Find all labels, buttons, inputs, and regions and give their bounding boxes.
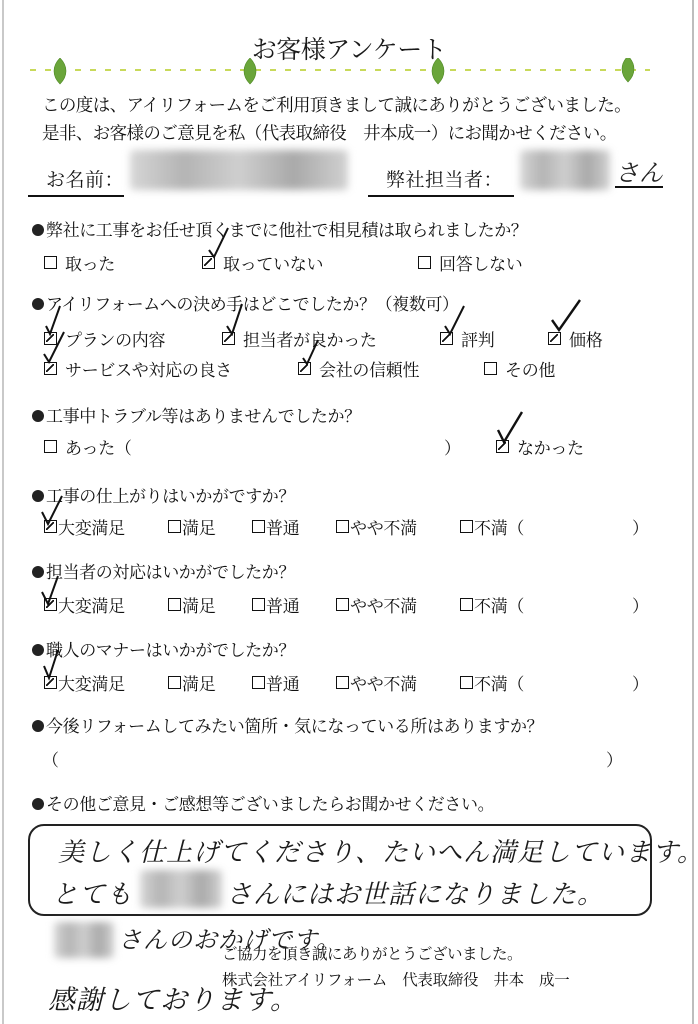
page-edge [2, 0, 4, 1024]
paren-open: （ [42, 746, 59, 771]
option-no-answer[interactable]: 回答しない [418, 250, 523, 275]
page-edge [692, 0, 694, 1024]
checkbox-checked[interactable] [496, 440, 509, 453]
checkbox[interactable] [252, 520, 265, 533]
bullet-icon [32, 224, 44, 236]
option-price[interactable]: 価格 [548, 326, 602, 351]
checkbox[interactable] [252, 598, 265, 611]
option-plan-content[interactable]: プランの内容 [44, 326, 165, 351]
checkbox-checked[interactable] [548, 332, 561, 345]
option-normal[interactable]: 普通 [252, 670, 299, 695]
option-good-staff[interactable]: 担当者が良かった [222, 326, 377, 351]
checkbox-checked[interactable] [298, 362, 311, 375]
checkbox[interactable] [168, 520, 181, 533]
option-satisfied[interactable]: 満足 [168, 592, 215, 617]
checkbox[interactable] [44, 440, 57, 453]
option-dissatisfied[interactable]: 不満（ [460, 592, 524, 617]
checkbox-checked[interactable] [44, 332, 57, 345]
option-dissatisfied[interactable]: 不満（ [460, 670, 524, 695]
staff-name-redacted [54, 922, 114, 958]
checkbox-checked[interactable] [440, 332, 453, 345]
checkbox-checked[interactable] [202, 256, 215, 269]
staff-suffix-handwritten: さん [615, 160, 663, 188]
option-other[interactable]: その他 [484, 356, 555, 381]
option-service-quality[interactable]: サービスや対応の良さ [44, 356, 232, 381]
checkbox-checked[interactable] [44, 362, 57, 375]
bullet-icon [32, 644, 44, 656]
staff-label: 弊社担当者： [368, 165, 514, 197]
checkbox-checked[interactable] [44, 598, 57, 611]
bullet-icon [32, 798, 44, 810]
question-finish-quality: 工事の仕上がりはいかがですか？ [32, 482, 295, 507]
option-normal[interactable]: 普通 [252, 514, 299, 539]
paren-close: ） [632, 592, 649, 617]
option-did-not-take-estimate[interactable]: 取っていない [202, 250, 323, 275]
comment-handwritten-line-2-prefix: とても [52, 874, 133, 911]
option-very-satisfied[interactable]: 大変満足 [44, 670, 125, 695]
question-future-reform: 今後リフォームしてみたい箇所・気になっている所はありますか？ [32, 712, 543, 737]
paren-close: ） [606, 746, 623, 771]
question-deciding-factor: アイリフォームへの決め手はどこでしたか？（複数可） [32, 290, 459, 315]
option-satisfied[interactable]: 満足 [168, 670, 215, 695]
checkbox[interactable] [418, 256, 431, 269]
paren-close: ） [444, 434, 461, 459]
checkbox[interactable] [168, 676, 181, 689]
bullet-icon [32, 298, 44, 310]
comment-handwritten-line-2-suffix: さんにはお世話になりました。 [226, 874, 604, 911]
checkbox[interactable] [168, 598, 181, 611]
option-very-satisfied[interactable]: 大変満足 [44, 592, 125, 617]
checkbox-checked[interactable] [44, 520, 57, 533]
option-very-satisfied[interactable]: 大変満足 [44, 514, 125, 539]
option-somewhat-dissatisfied[interactable]: やや不満 [336, 670, 417, 695]
checkbox[interactable] [336, 676, 349, 689]
option-somewhat-dissatisfied[interactable]: やや不満 [336, 514, 417, 539]
option-reputation[interactable]: 評判 [440, 326, 494, 351]
bullet-icon [32, 566, 44, 578]
checkbox[interactable] [336, 598, 349, 611]
option-had-trouble[interactable]: あった（ [44, 434, 132, 459]
option-took-estimate[interactable]: 取った [44, 250, 115, 275]
option-normal[interactable]: 普通 [252, 592, 299, 617]
checkbox-checked[interactable] [222, 332, 235, 345]
option-somewhat-dissatisfied[interactable]: やや不満 [336, 592, 417, 617]
comment-handwritten-line-1: 美しく仕上げてくださり、たいへん満足しています。 [58, 832, 698, 869]
question-other-comments: その他ご意見・ご感想等ございましたらお聞かせください。 [32, 790, 494, 815]
option-satisfied[interactable]: 満足 [168, 514, 215, 539]
future-reform-answer-field[interactable] [60, 746, 600, 768]
question-craftsman-manners: 職人のマナーはいかがでしたか？ [32, 636, 295, 661]
paren-close: ） [632, 514, 649, 539]
option-company-reliability[interactable]: 会社の信頼性 [298, 356, 419, 381]
staff-name-redacted [140, 870, 222, 908]
option-dissatisfied[interactable]: 不満（ [460, 514, 524, 539]
bullet-icon [32, 490, 44, 502]
checkbox[interactable] [44, 256, 57, 269]
name-label: お名前： [28, 165, 124, 197]
question-staff-response: 担当者の対応はいかがでしたか？ [32, 558, 295, 583]
checkbox[interactable] [252, 676, 265, 689]
checkbox[interactable] [460, 520, 473, 533]
leaf-vine-decoration [30, 58, 650, 88]
checkbox[interactable] [336, 520, 349, 533]
option-no-trouble[interactable]: なかった [496, 434, 584, 459]
question-trouble: 工事中トラブル等はありませんでしたか？ [32, 402, 361, 427]
checkbox[interactable] [460, 676, 473, 689]
paren-close: ） [632, 670, 649, 695]
bullet-icon [32, 720, 44, 732]
thanks-text: ご協力を頂き誠にありがとうございました。 [222, 942, 522, 964]
bullet-icon [32, 410, 44, 422]
staff-field-redacted[interactable] [520, 150, 610, 190]
intro-text-line-1: この度は、アイリフォームをご利用頂きまして誠にありがとうございました。 [42, 92, 631, 117]
intro-text-line-2: 是非、お客様のご意見を私（代表取締役 井本成一）にお聞かせください。 [42, 120, 617, 145]
name-field-redacted[interactable] [130, 150, 348, 190]
checkbox[interactable] [460, 598, 473, 611]
checkbox[interactable] [484, 362, 497, 375]
question-estimate: 弊社に工事をお任せ頂くまでに他社で相見積は取られましたか？ [32, 216, 527, 241]
signature-text: 株式会社アイリフォーム 代表取締役 井本 成一 [222, 968, 569, 990]
checkbox-checked[interactable] [44, 676, 57, 689]
